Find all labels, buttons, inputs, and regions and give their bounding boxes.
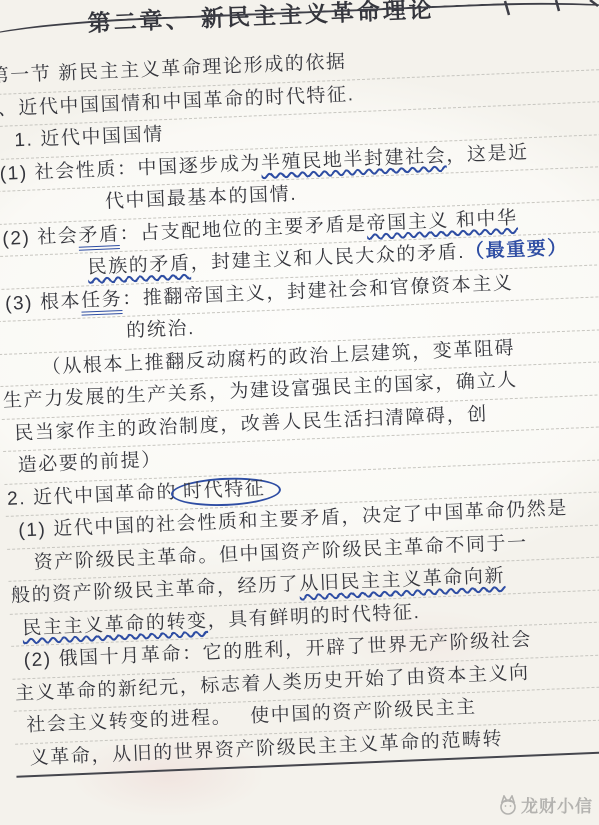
note-segment: ，封建主义和人民大众的矛盾. xyxy=(190,242,465,274)
notes-lines: 第一节 新民主主义革命理论形成的依据一、近代中国国情和中国革命的时代特征.1. … xyxy=(0,36,599,778)
note-segment: 2. 近代中国革命的 xyxy=(7,481,178,509)
note-segment-dunder: 任务 xyxy=(81,288,123,315)
note-segment: 代中国最基本的国情. xyxy=(105,184,298,213)
note-segment-circle: 时代特征 xyxy=(171,475,281,507)
note-segment: 造必要的前提） xyxy=(17,449,162,476)
watermark-label: 龙财小信 xyxy=(521,792,593,817)
note-segment-wavy: 从旧民主主义革命向新 xyxy=(299,566,506,595)
note-segment: ，具有鲜明的时代特征. xyxy=(207,602,421,632)
notebook-page: 第二章、 新民主主义革命理论 第一节 新民主主义革命理论形成的依据一、近代中国国… xyxy=(0,0,599,825)
watermark: 龙财小信 xyxy=(498,792,593,817)
note-segment-dunder: 矛盾 xyxy=(78,224,120,251)
note-segment: (1) 社会性质：中国逐步成为 xyxy=(0,153,261,185)
note-segment: (3) 根本 xyxy=(5,290,82,314)
sheet: 第二章、 新民主主义革命理论 第一节 新民主主义革命理论形成的依据一、近代中国国… xyxy=(0,0,599,778)
note-segment: 的统治. xyxy=(126,318,195,342)
note-segment: ，这是近 xyxy=(446,142,529,166)
note-segment-wavy: 帝国主义 和中华 xyxy=(366,207,518,234)
note-segment-wavy: 民主主义革命的转变 xyxy=(22,610,208,639)
note-segment: (2) 社会 xyxy=(2,225,79,249)
note-segment-wavy: 半殖民地半封建社会 xyxy=(261,145,447,174)
watermark-mascot-icon xyxy=(498,795,518,815)
note-segment-blue: （最重要） xyxy=(465,238,569,263)
page-edge-pen-marks xyxy=(0,0,599,40)
note-segment: 1. 近代中国国情 xyxy=(14,124,164,151)
note-segment-wavy: 民族的矛盾 xyxy=(87,253,191,278)
note-segment: ：占支配地位的主要矛盾是 xyxy=(119,213,367,244)
